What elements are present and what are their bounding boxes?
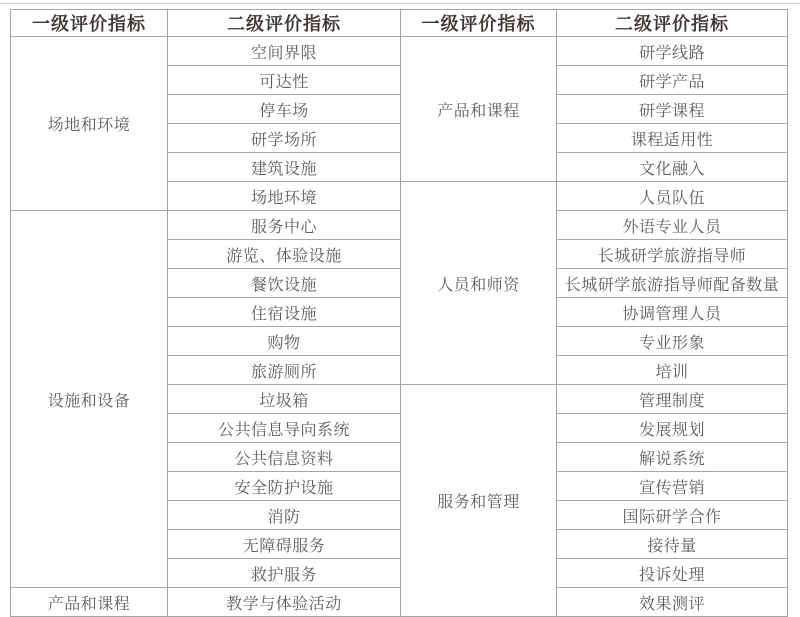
level2-cell: 研学产品 (557, 66, 788, 95)
level2-cell: 研学场所 (168, 124, 401, 153)
page: 一级评价指标 二级评价指标 一级评价指标 二级评价指标 场地和环境 空间界限 产… (0, 0, 800, 617)
level2-cell: 购物 (168, 327, 401, 356)
level2-cell: 专业形象 (557, 327, 788, 356)
level2-cell: 服务中心 (168, 211, 401, 240)
column-header-level1-right: 一级评价指标 (401, 10, 557, 37)
level2-cell: 餐饮设施 (168, 269, 401, 298)
level2-cell: 住宿设施 (168, 298, 401, 327)
level2-cell: 文化融入 (557, 153, 788, 182)
level2-cell: 研学线路 (557, 37, 788, 66)
level1-cell-personnel-and-teachers: 人员和师资 (401, 182, 557, 385)
level2-cell: 停车场 (168, 95, 401, 124)
level2-cell: 救护服务 (168, 559, 401, 588)
level2-cell: 协调管理人员 (557, 298, 788, 327)
level2-cell: 管理制度 (557, 385, 788, 414)
level2-cell: 公共信息导向系统 (168, 414, 401, 443)
header-row: 一级评价指标 二级评价指标 一级评价指标 二级评价指标 (11, 10, 788, 37)
column-header-level2-right: 二级评价指标 (557, 10, 788, 37)
column-header-level1-left: 一级评价指标 (11, 10, 168, 37)
level2-cell: 无障碍服务 (168, 530, 401, 559)
level2-cell: 安全防护设施 (168, 472, 401, 501)
level1-cell-products-and-courses-right: 产品和课程 (401, 37, 557, 182)
level2-cell: 空间界限 (168, 37, 401, 66)
level2-cell: 宣传营销 (557, 472, 788, 501)
level2-cell: 旅游厕所 (168, 356, 401, 385)
table-row: 产品和课程 教学与体验活动 效果测评 (11, 588, 788, 617)
level2-cell: 场地环境 (168, 182, 401, 211)
evaluation-indicator-table: 一级评价指标 二级评价指标 一级评价指标 二级评价指标 场地和环境 空间界限 产… (10, 9, 788, 617)
level1-cell-products-and-courses-left: 产品和课程 (11, 588, 168, 617)
level2-cell: 研学课程 (557, 95, 788, 124)
column-header-level2-left: 二级评价指标 (168, 10, 401, 37)
level2-cell: 国际研学合作 (557, 501, 788, 530)
level2-cell: 发展规划 (557, 414, 788, 443)
level1-cell-facilities-and-equipment: 设施和设备 (11, 211, 168, 588)
level2-cell: 消防 (168, 501, 401, 530)
level2-cell: 垃圾箱 (168, 385, 401, 414)
top-divider-line (0, 3, 800, 4)
level2-cell: 长城研学旅游指导师 (557, 240, 788, 269)
level1-cell-service-and-management: 服务和管理 (401, 385, 557, 617)
level1-cell-site-and-environment: 场地和环境 (11, 37, 168, 211)
level2-cell: 建筑设施 (168, 153, 401, 182)
level2-cell: 课程适用性 (557, 124, 788, 153)
level2-cell: 长城研学旅游指导师配备数量 (557, 269, 788, 298)
table-row: 设施和设备 服务中心 外语专业人员 (11, 211, 788, 240)
level2-cell: 培训 (557, 356, 788, 385)
level2-cell: 接待量 (557, 530, 788, 559)
level2-cell: 可达性 (168, 66, 401, 95)
level2-cell: 公共信息资料 (168, 443, 401, 472)
level2-cell: 外语专业人员 (557, 211, 788, 240)
table-row: 场地和环境 空间界限 产品和课程 研学线路 (11, 37, 788, 66)
level2-cell: 游览、体验设施 (168, 240, 401, 269)
level2-cell: 效果测评 (557, 588, 788, 617)
level2-cell: 解说系统 (557, 443, 788, 472)
level2-cell: 教学与体验活动 (168, 588, 401, 617)
level2-cell: 投诉处理 (557, 559, 788, 588)
level2-cell: 人员队伍 (557, 182, 788, 211)
